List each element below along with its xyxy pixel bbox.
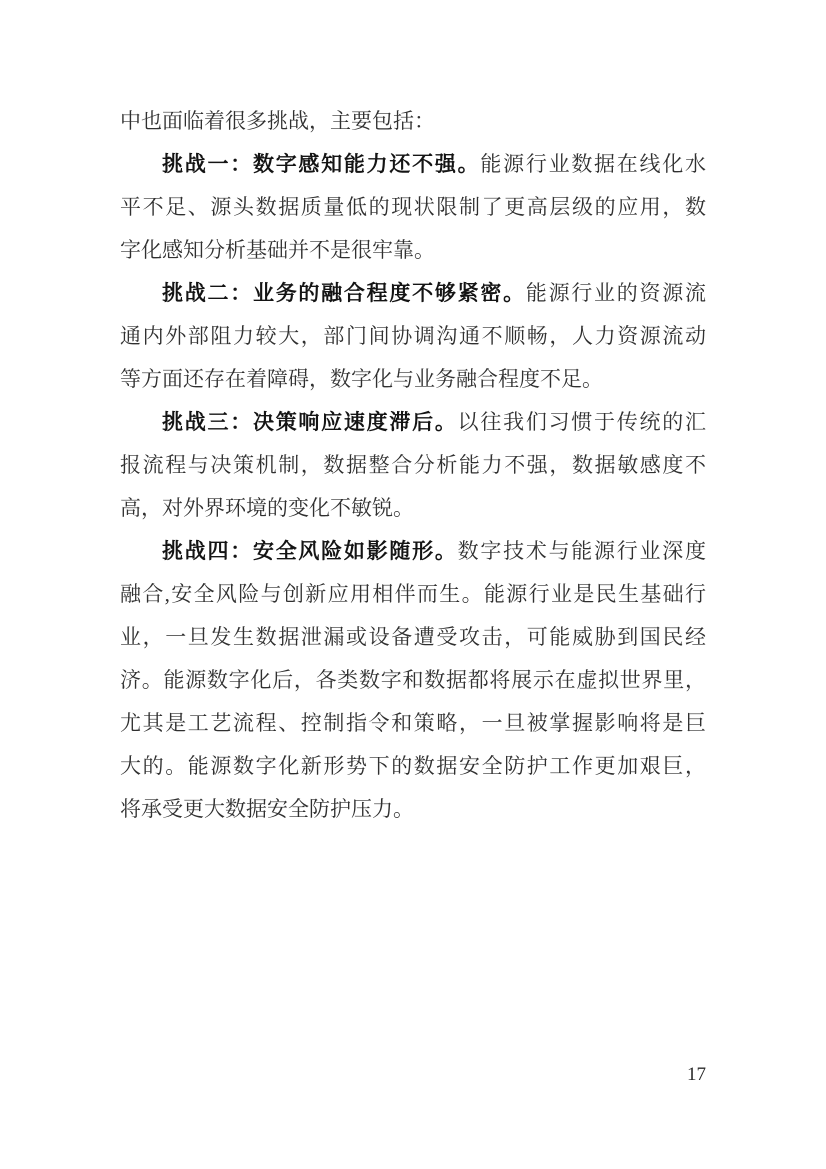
body-text-segment: 业，一旦发生数据泄漏或设备遭受攻击，可能威胁到国民经	[120, 625, 706, 649]
body-text-segment: 以往我们习惯于传统的汇	[458, 410, 706, 434]
body-text-segment: 平不足、源头数据质量低的现状限制了更高层级的应用，数	[120, 195, 706, 219]
text-line: 通内外部阻力较大，部门间协调沟通不顺畅，人力资源流动	[120, 315, 706, 358]
text-line: 挑战三：决策响应速度滞后。以往我们习惯于传统的汇	[120, 401, 706, 444]
body-text-segment: 数字技术与能源行业深度	[458, 539, 706, 563]
body-text-segment: 大的。能源数字化新形势下的数据安全防护工作更加艰巨，	[120, 754, 706, 778]
text-line: 高，对外界环境的变化不敏锐。	[120, 487, 706, 530]
body-text-segment: 高，对外界环境的变化不敏锐。	[120, 496, 414, 520]
text-line: 中也面临着很多挑战，主要包括：	[120, 100, 706, 143]
text-line: 融合,安全风险与创新应用相伴而生。能源行业是民生基础行	[120, 573, 706, 616]
text-line: 将承受更大数据安全防护压力。	[120, 788, 706, 831]
body-text-segment: 尤其是工艺流程、控制指令和策略，一旦被掌握影响将是巨	[120, 711, 706, 735]
text-line: 挑战一：数字感知能力还不强。能源行业数据在线化水	[120, 143, 706, 186]
text-line: 平不足、源头数据质量低的现状限制了更高层级的应用，数	[120, 186, 706, 229]
body-text-segment: 融合,安全风险与创新应用相伴而生。能源行业是民生基础行	[120, 582, 706, 606]
text-line: 字化感知分析基础并不是很牢靠。	[120, 229, 706, 272]
body-text-segment: 报流程与决策机制，数据整合分析能力不强，数据敏感度不	[120, 453, 706, 477]
challenge-heading-segment: 挑战四：安全风险如影随形。	[162, 539, 458, 563]
challenge-heading-segment: 挑战二：业务的融合程度不够紧密。	[162, 281, 526, 305]
challenge-heading-segment: 挑战一：数字感知能力还不强。	[162, 152, 480, 176]
text-line: 报流程与决策机制，数据整合分析能力不强，数据敏感度不	[120, 444, 706, 487]
challenge-heading-segment: 挑战三：决策响应速度滞后。	[162, 410, 458, 434]
text-line: 业，一旦发生数据泄漏或设备遭受攻击，可能威胁到国民经	[120, 616, 706, 659]
body-text-segment: 能源行业数据在线化水	[480, 152, 706, 176]
body-text-segment: 等方面还存在着障碍，数字化与业务融合程度不足。	[120, 367, 603, 391]
body-text-segment: 中也面临着很多挑战，主要包括：	[120, 109, 435, 133]
text-line: 等方面还存在着障碍，数字化与业务融合程度不足。	[120, 358, 706, 401]
body-text-segment: 济。能源数字化后，各类数字和数据都将展示在虚拟世界里，	[120, 668, 706, 692]
text-line: 济。能源数字化后，各类数字和数据都将展示在虚拟世界里，	[120, 659, 706, 702]
document-page: 中也面临着很多挑战，主要包括：挑战一：数字感知能力还不强。能源行业数据在线化水平…	[0, 0, 826, 1169]
body-text-segment: 通内外部阻力较大，部门间协调沟通不顺畅，人力资源流动	[120, 324, 706, 348]
page-number: 17	[0, 1062, 706, 1088]
text-line: 挑战四：安全风险如影随形。数字技术与能源行业深度	[120, 530, 706, 573]
document-body: 中也面临着很多挑战，主要包括：挑战一：数字感知能力还不强。能源行业数据在线化水平…	[120, 100, 706, 831]
body-text-segment: 字化感知分析基础并不是很牢靠。	[120, 238, 435, 262]
body-text-segment: 将承受更大数据安全防护压力。	[120, 797, 414, 821]
text-line: 大的。能源数字化新形势下的数据安全防护工作更加艰巨，	[120, 745, 706, 788]
body-text-segment: 能源行业的资源流	[526, 281, 706, 305]
text-line: 尤其是工艺流程、控制指令和策略，一旦被掌握影响将是巨	[120, 702, 706, 745]
text-line: 挑战二：业务的融合程度不够紧密。能源行业的资源流	[120, 272, 706, 315]
